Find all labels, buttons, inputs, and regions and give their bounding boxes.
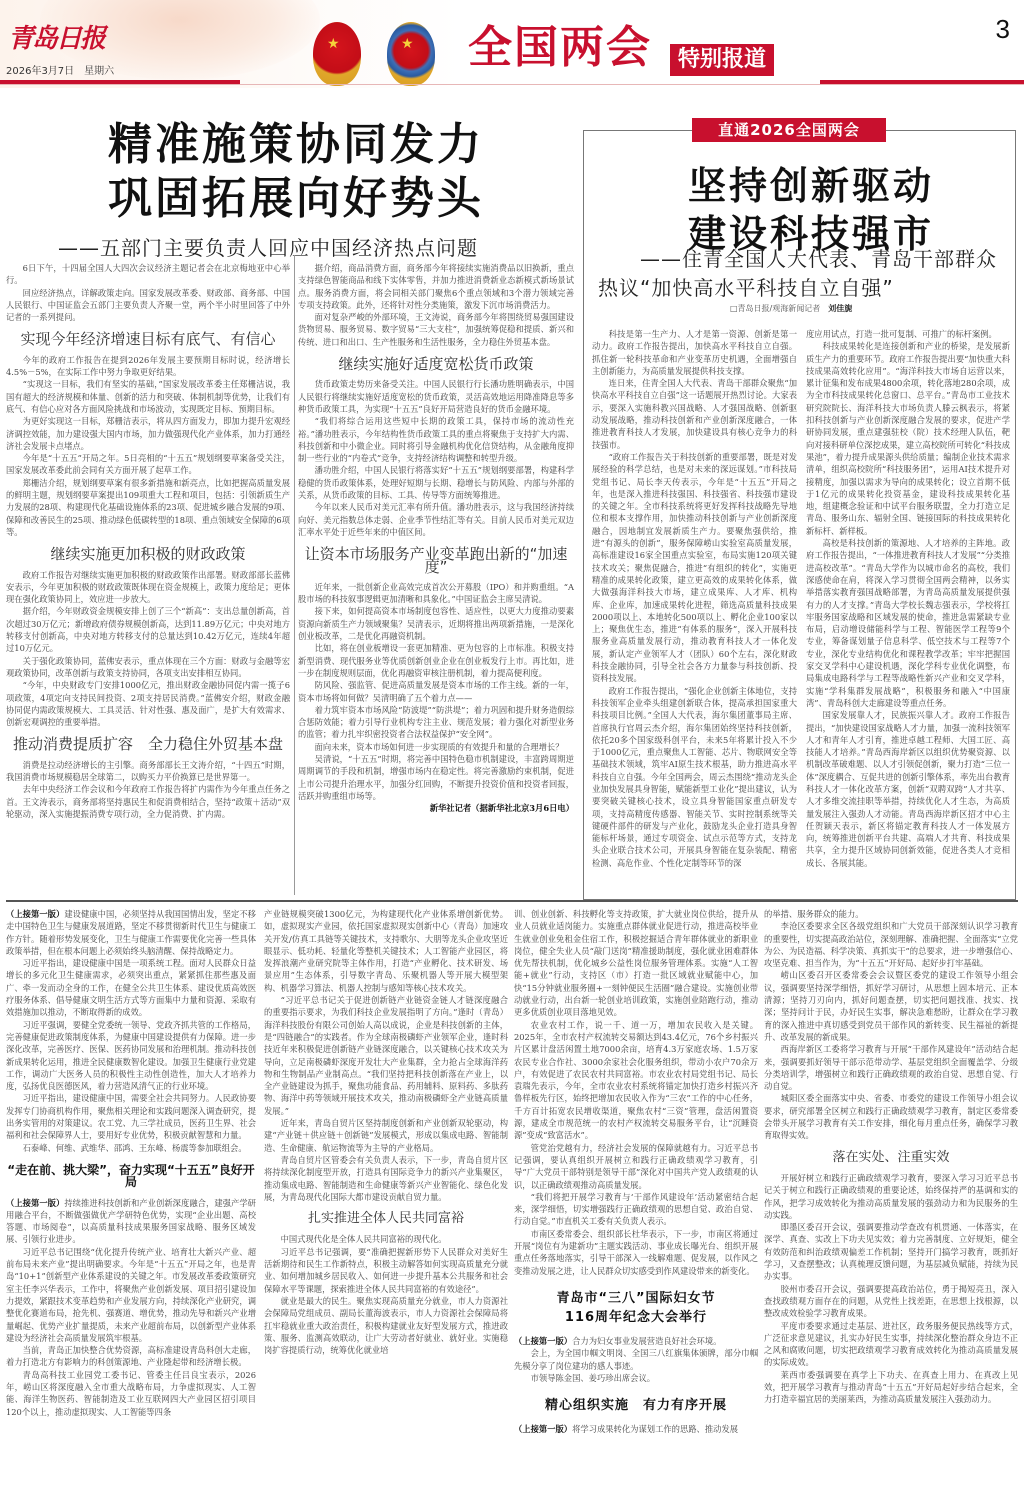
masthead-divider [0, 84, 1024, 85]
paragraph: 今年以来人民币对美元汇率有所升值。潘功胜表示，这与我国经济持续向好、美元指数总体… [298, 501, 574, 538]
paragraph: 开展好树立和践行正确政绩观学习教育，要深入学习习近平总书记关于树立和践行正确政绩… [764, 1172, 1018, 1221]
paragraph: 国家发展靠人才，民族振兴靠人才。政府工作报告提出，“加快建设国家战略人才力量，加… [806, 709, 1010, 869]
section-heading: “走在前、挑大梁”，奋力实现“十五五”良好开局 [6, 1164, 256, 1189]
paragraph: 为更好实现这一目标，郑栅洁表示，将从四方面发力，即加力提升宏观经济调控效能，加力… [6, 415, 290, 452]
paragraph: 即墨区委召开会议，强调要推动学查改有机贯通、一体落实，在深学、真查、实改上下功夫… [764, 1221, 1018, 1282]
paragraph: 消费是拉动经济增长的主引擎。商务部部长王文涛介绍，“十四五”时期，我国消费市场规… [6, 759, 290, 784]
paragraph: 莱西市委强调要在真学上下功夫、在真查上用力、在真改上见效，把开展学习教育与推动青… [764, 1369, 1018, 1406]
paragraph: 习近平总书记强调，要“准确把握新形势下人民群众对美好生活新期待和民生工作新特点，… [264, 1246, 508, 1295]
paragraph: 管党治党越有力，经济社会发展的保障就越有力。习近平总书记强调，要认真组织开展树立… [514, 1142, 758, 1191]
paragraph: 去年中央经济工作会议和今年政府工作报告将扩内需作为今年重点任务之首。王文涛表示，… [6, 783, 290, 820]
paragraph: 青岛高科技工业园党工委书记、管委主任吕良宝表示，2026年，崂山区将深度融入全市… [6, 1369, 256, 1418]
paragraph: 平度市委要求通过走基层、进社区，政务服务便民热线等方式，广泛征求意见建议，扎实办… [764, 1320, 1018, 1369]
continued-from-label: （上接第一版） [514, 1424, 572, 1434]
section-divider [6, 900, 1018, 902]
paragraph: 当前，青岛正加快整合优势资源，高标准建设青岛科创大走廊，着力打造北方有影响力的科… [6, 1344, 256, 1369]
paragraph: 据介绍，今年财政资金规模安排上创了三个“新高”：支出总量创新高，首次超过30万亿… [6, 605, 290, 654]
section-heading: 落在实处、注重实效 [764, 1152, 1018, 1164]
issue-date: 2026年3月7日 星期六 [6, 62, 114, 77]
article-b-subheadline-2: 热议“加快高水平科技自立自强” [598, 272, 894, 301]
article-b-column-1: 科技是第一生产力、人才是第一资源、创新是第一动力。政府工作报告提出，加快高水平科… [592, 328, 797, 894]
paragraph: 习近平强调，要健全党委统一领导、党政齐抓共管的工作格局，完善健康促进政策制度体系… [6, 1019, 256, 1093]
headline-line-1: 青岛市“三八”国际妇女节 [514, 1289, 758, 1308]
paragraph: 近年来，青岛自贸片区坚持制度创新和产业创新双轮驱动，构建“产业链＋供应链＋创新链… [264, 1117, 508, 1154]
paragraph: 防风险、强监管、促进高质量发展是资本市场的工作主线。新的一年，资本市场将如何做？… [298, 679, 574, 704]
paragraph: 货币政策走势历来备受关注。中国人民银行行长潘功胜明确表示，中国人民银行将继续实施… [298, 378, 574, 415]
paragraph: 政府工作报告提出，“强化企业创新主体地位，支持科技领军企业牵头组建创新联合体，提… [592, 685, 797, 869]
column-divider [294, 255, 295, 895]
paragraph: 连日来，住青全国人大代表、青岛干部群众聚焦“加快高水平科技自立自强”这一话题展开… [592, 377, 797, 451]
paragraph: 回应经济热点，详解政策走向。国家发展改革委、财政部、商务部、中国人民银行、中国证… [6, 287, 290, 324]
paragraph: 青岛自贸片区管委会有关负责人表示，下一步，青岛自贸片区将持续深化制度型开放，打造… [264, 1154, 508, 1203]
continued-from-label: （上接第一版） [6, 1198, 64, 1208]
paragraph: “今年，中央财政专门安排1000亿元，推出财政金融协同促内需一揽子6项政策，4项… [6, 679, 290, 728]
section-title: 全国两会 [468, 22, 652, 74]
headline-line-2: 巩固拓展向好势头 [108, 172, 484, 226]
byline-author: 刘佳旎 [828, 304, 852, 313]
paragraph-text: 合力为妇女事业发展营造良好社会环境。 [572, 1336, 721, 1346]
paragraph: 今年是“十五五”开局之年。5日亮相的“十五五”规划纲要草案备受关注，国家发展改革… [6, 452, 290, 477]
byline-outlet: □青岛日报/观海新闻记者 [730, 304, 820, 313]
paragraph: 习近平总书记围绕“优化提升传统产业、培育壮大新兴产业、超前布局未来产业”提出明确… [6, 1246, 256, 1344]
paragraph: （上接第一版）合力为妇女事业发展营造良好社会环境。 [514, 1335, 758, 1347]
paragraph: 今年的政府工作报告在提到2026年发展主要预期目标时说，经济增长4.5%－5%，… [6, 354, 290, 379]
bottom-column-1: （上接第一版）建设健康中国，必须坚持从我国国情出发，坚定不移走中国特色卫生与健康… [6, 908, 256, 1480]
paragraph: 市领导陈金国、姜巧珍出席会议。 [514, 1372, 758, 1384]
section-heading: 让资本市场服务产业变革跑出新的“加速度” [298, 548, 574, 573]
article-a-column-2: 据介绍，商品消费方面，商务部今年将接续实施消费品以旧换新，重点支持绿色智能商品和… [298, 262, 574, 814]
womens-day-headline: 青岛市“三八”国际妇女节 116周年纪念大会举行 [514, 1289, 758, 1327]
paragraph: 比如，将在创业板增设一套更加精准、更为包容的上市标准。积极支持新型消费、现代服务… [298, 642, 574, 679]
article-a-subheadline: ——五部门主要负责人回应中国经济热点问题 [58, 232, 478, 261]
paragraph: “政府工作报告关于科技创新的重要部署，既是对发展经验的科学总结，也是对未来的深远… [592, 451, 797, 685]
paragraph: “习近平总书记关于促进创新链产业链资金链人才链深度融合的重要指示要求，为我们科技… [264, 994, 508, 1117]
paragraph: “实现这一目标，我们有坚实的基础，”国家发展改革委主任郑栅洁说，我国有超大的经济… [6, 378, 290, 415]
bottom-column-2: 产业链规模突破1300亿元，为构建现代化产业体系增创新优势。如，虚拟现实产业园，… [264, 908, 508, 1480]
masthead: 青岛日报 2026年3月7日 星期六 ★ ★ 全国两会 特别报道 3 [0, 0, 1024, 88]
headline-line-1: 坚持创新驱动 [688, 162, 934, 210]
section-heading: 继续实施更加积极的财政政策 [6, 548, 290, 560]
paragraph: 政府工作报告对继续实施更加积极的财政政策作出部署。财政部部长蓝佛安表示，今年更加… [6, 569, 290, 606]
newspaper-logo[interactable]: 青岛日报 [8, 18, 104, 55]
paragraph: 市南区委常委会、组织部长杜华表示，下一步，市南区将通过开展“岗位有为建新功”主题… [514, 1228, 758, 1277]
paragraph: 李沧区委要求全区各级党组织和广大党员干部深刻认识学习教育的重要性，切实提高政治站… [764, 920, 1018, 969]
headline-line-2: 116周年纪念大会举行 [514, 1308, 758, 1327]
paragraph: 6日下午，十四届全国人大四次会议经济主题记者会在北京梅地亚中心举行。 [6, 262, 290, 287]
paragraph: 潘功胜介绍，中国人民银行将落实好“十五五”规划纲要部署，构建科学稳健的货币政策体… [298, 464, 574, 501]
paragraph: 崂山区委召开区委常委会会议暨区委党的建设工作领导小组会议，强调要坚持深学细悟，抓… [764, 969, 1018, 1043]
paragraph: 着力筑牢资本市场风险“防波堤”“防洪堤”；着力巩固和提升财务造假综合惩防效能；着… [298, 704, 574, 741]
paragraph: 中国式现代化是全体人民共同富裕的现代化。 [264, 1233, 508, 1245]
paragraph: 科技是第一生产力、人才是第一资源、创新是第一动力。政府工作报告提出，加快高水平科… [592, 328, 797, 377]
paragraph: 会上，为全国巾帼文明岗、全国三八红旗集体颁牌，部分巾帼先模分享了岗位建功的感人事… [514, 1347, 758, 1372]
bottom-column-4: 的举措、服务群众的能力。 李沧区委要求全区各级党组织和广大党员干部深刻认识学习教… [764, 908, 1018, 1480]
page-number: 3 [996, 14, 1010, 45]
paragraph: 城阳区委全面落实中央、省委、市委党的建设工作领导小组会议要求，研究部署全区树立和… [764, 1092, 1018, 1141]
paragraph: 接下来，如何提高资本市场制度包容性、适应性，以更大力度推动要素资源向新质生产力领… [298, 605, 574, 642]
paragraph: 近年来，一批创新企业高效完成首次公开募股（IPO）和并购重组。“A股市场的科技叙… [298, 581, 574, 606]
paragraph: 面对复杂严峻的外部环境，王文涛说，商务部今年将围绕贸易强国建设货物贸易、服务贸易… [298, 311, 574, 348]
bottom-column-3: 训、创业创新、科技孵化等支持政策，扩大就业岗位供给，提升从业人员就业适岗能力。实… [514, 908, 758, 1480]
cppcc-emblem-icon: ★ [387, 22, 435, 86]
paragraph: 郑栅洁介绍，规划纲要草案有很多新措施和新亮点，比如把握高质量发展的鲜明主题，规划… [6, 477, 290, 538]
byline: □青岛日报/观海新闻记者刘佳旎 [730, 303, 852, 314]
paragraph: 关于强化政策协同，蓝佛安表示，重点体现在三个方面：财政与金融等宏观政策协同，改革… [6, 655, 290, 680]
paragraph: 的举措、服务群众的能力。 [764, 908, 1018, 920]
section-heading: 扎实推进全体人民共同富裕 [264, 1213, 508, 1225]
paragraph: 训、创业创新、科技孵化等支持政策，扩大就业岗位供给，提升从业人员就业适岗能力。实… [514, 908, 758, 1019]
article-a-column-1: 6日下午，十四届全国人大四次会议经济主题记者会在北京梅地亚中心举行。 回应经济热… [6, 262, 290, 820]
wire-credit: 新华社记者（据新华社北京3月6日电） [298, 802, 574, 814]
paragraph: （上接第一版）持续推进科技创新和产业创新深度融合，建强产学研用融合平台，不断做强… [6, 1197, 256, 1246]
paragraph: 产业链规模突破1300亿元，为构建现代化产业体系增创新优势。如，虚拟现实产业园，… [264, 908, 508, 994]
paragraph: 农业农村工作，说一千、道一万，增加农民收入是关键。2025年，全市农村产权流转交… [514, 1019, 758, 1142]
paragraph: “我们将综合运用这些短中长期的政策工具，保持市场的流动性充裕。”潘功胜表示，今年… [298, 415, 574, 464]
continued-from-label: （上接第一版） [6, 909, 64, 919]
paragraph: （上接第一版）建设健康中国，必须坚持从我国国情出发，坚定不移走中国特色卫生与健康… [6, 908, 256, 957]
paragraph: 就业是最大的民生。聚焦实现高质量充分就业，市人力资源社会保障局党组成员、副局长董… [264, 1295, 508, 1356]
section-heading: 继续实施好适度宽松货币政策 [298, 358, 574, 370]
article-a-headline[interactable]: 精准施策协同发力 巩固拓展向好势头 [108, 118, 484, 226]
paragraph: 吴清说，“十五五”时期，将完善中国特色稳市机制建设，丰富跨周期逆周期调节的手段和… [298, 753, 574, 802]
paragraph: 据介绍，商品消费方面，商务部今年将接续实施消费品以旧换新，重点支持绿色智能商品和… [298, 262, 574, 311]
national-emblem-icon: ★ [313, 22, 361, 86]
paragraph: 度应用试点，打造一批可复制、可推广的标杆案例。 [806, 328, 1010, 340]
paragraph-text: 将学习成果转化为谋划工作的思路、推动发展 [572, 1424, 738, 1434]
paragraph: 石泰峰、何维、武维华、邵鸿、王东峰、杨震等参加联组会。 [6, 1142, 256, 1154]
section-heading: 精心组织实施 有力有序开展 [514, 1396, 758, 1415]
paragraph: 西海岸新区工委将学习教育与开展“干部作风建设年”活动结合起来，强调要抓好领导干部… [764, 1043, 1018, 1092]
continued-from-label: （上接第一版） [514, 1336, 572, 1346]
section-heading: 推动消费提质扩容 全力稳住外贸基本盘 [6, 738, 290, 750]
article-b-subheadline-1: ——住青全国人大代表、青岛干部群众 [640, 243, 997, 272]
paragraph: 科技成果转化是连接创新和产业的桥梁，是发展新质生产力的重要环节。政府工作报告提出… [806, 340, 1010, 537]
paragraph: 高校是科技创新的策源地、人才培养的主阵地。政府工作报告提出，“一体推进教育科技人… [806, 537, 1010, 709]
paragraph: （上接第一版）将学习成果转化为谋划工作的思路、推动发展 [514, 1423, 758, 1435]
special-report-badge: 特别报道 [670, 44, 774, 76]
paragraph: “我们将把开展学习教育与‘干部作风建设年’活动紧密结合起来，深学细悟，切实增强践… [514, 1191, 758, 1228]
paragraph: 习近平指出，建设健康中国，需要全社会共同努力。人民政协要发挥专门协商机构作用，聚… [6, 1092, 256, 1141]
article-b-column-2: 度应用试点，打造一批可复制、可推广的标杆案例。 科技成果转化是连接创新和产业的桥… [806, 328, 1010, 894]
headline-line-1: 精准施策协同发力 [108, 118, 484, 172]
paragraph: 习近平指出，建设健康中国是一项系统工程。面对人民群众日益增长的多元化卫生健康需求… [6, 957, 256, 1018]
section-heading: 实现今年经济增速目标有底气、有信心 [6, 333, 290, 345]
paragraph: 面向未来，资本市场如何进一步实现质的有效提升和量的合理增长？ [298, 741, 574, 753]
paragraph: 胶州市委召开会议，强调要提高政治站位，勇于揭短亮丑，深入查找政绩观方面存在的问题… [764, 1283, 1018, 1320]
live-report-tag: 直通2026全国两会 [692, 118, 886, 142]
